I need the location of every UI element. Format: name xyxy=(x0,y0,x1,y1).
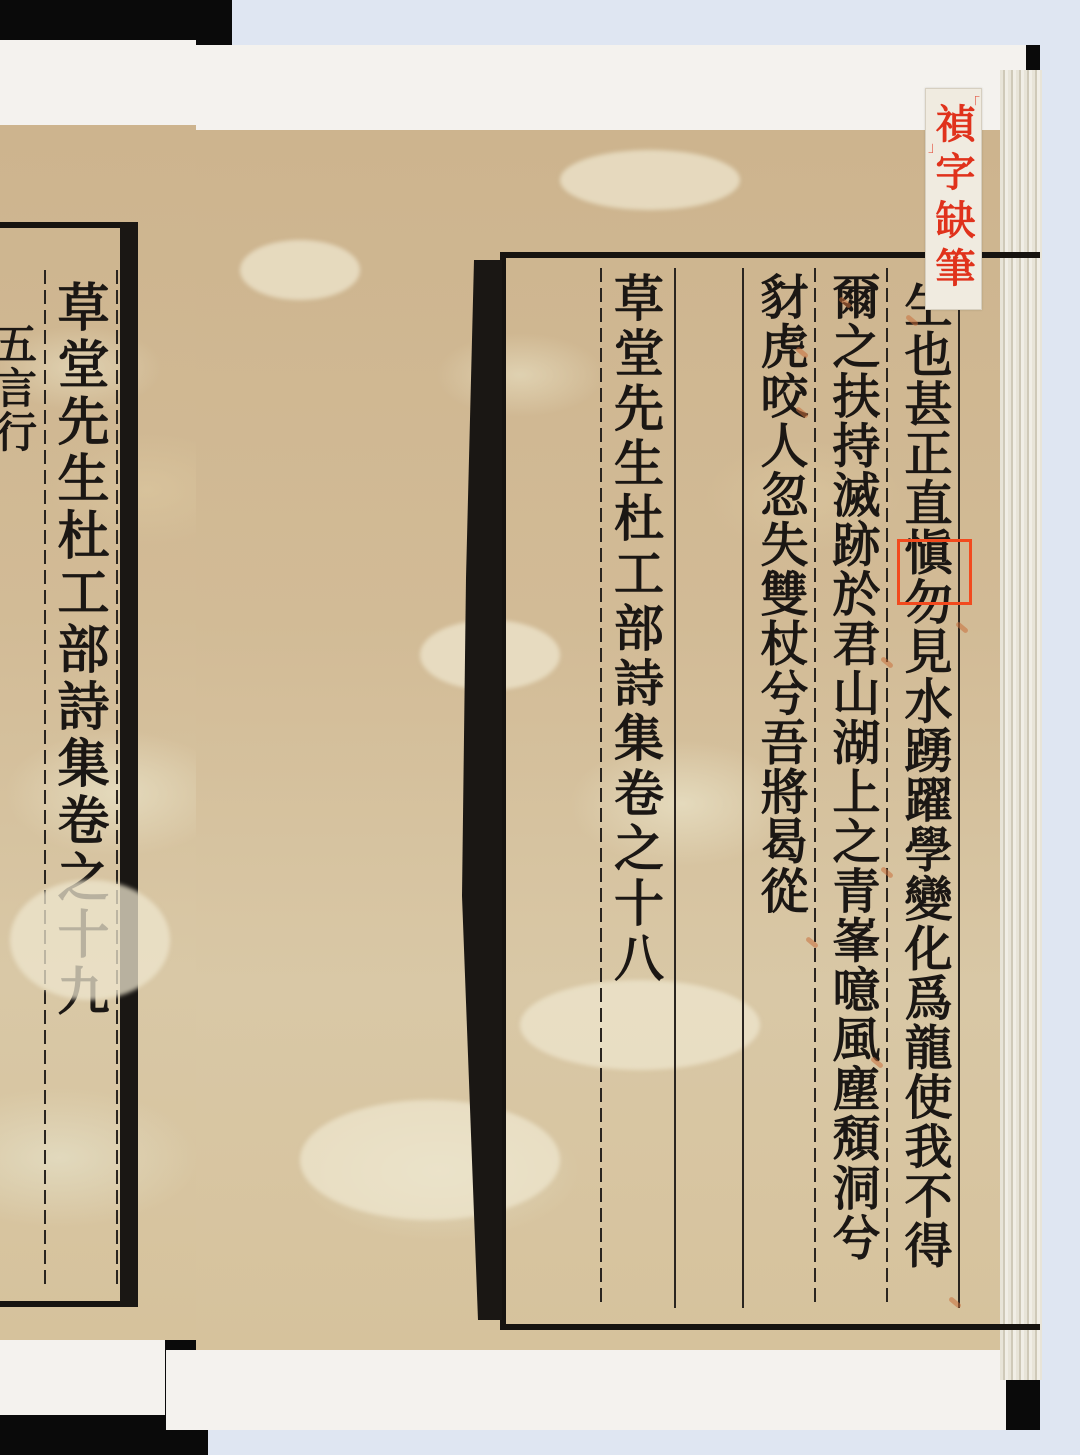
text-column-1: 生也甚正直愼勿見水踴躍學變化爲龍使我不得 xyxy=(900,280,948,1270)
column-rule xyxy=(958,268,960,1308)
right-page-bottom-margin xyxy=(166,1350,1006,1430)
background-light-bottom xyxy=(208,1430,1080,1455)
paper-stain xyxy=(560,150,740,210)
highlight-box xyxy=(897,539,972,605)
column-rule xyxy=(886,268,888,1308)
column-rule xyxy=(742,268,744,1308)
paper-stain xyxy=(240,240,360,300)
column-rule xyxy=(600,268,602,1308)
left-page-partial-column: 五言行 xyxy=(0,322,34,454)
left-page: 草堂先生杜工部詩集卷之十九 五言行 xyxy=(0,40,196,1420)
text-column-3: 豺虎咬人忽失雙杖兮吾將曷從 xyxy=(756,272,804,916)
column-rule xyxy=(814,268,816,1308)
right-page-top-margin xyxy=(196,45,1026,130)
left-page-top-margin xyxy=(0,40,196,125)
left-page-frame-edge xyxy=(120,222,138,1307)
left-page-bottom-margin xyxy=(0,1340,165,1415)
column-rule xyxy=(674,268,676,1308)
annotation-text: 禎字缺筆 xyxy=(932,103,972,295)
annotation-slip: 「 」 禎字缺筆 xyxy=(925,88,982,310)
text-column-2: 爾之扶持滅跡於君山湖上之青峯噫風塵頽洞兮 xyxy=(828,272,876,1262)
left-page-rule xyxy=(44,270,46,1290)
background-light-top xyxy=(232,0,1080,45)
title-column: 草堂先生杜工部詩集卷之十八 xyxy=(610,272,660,987)
paper-stain xyxy=(10,880,170,1000)
background-light-right xyxy=(1040,0,1080,1455)
left-page-rule xyxy=(116,270,118,1290)
